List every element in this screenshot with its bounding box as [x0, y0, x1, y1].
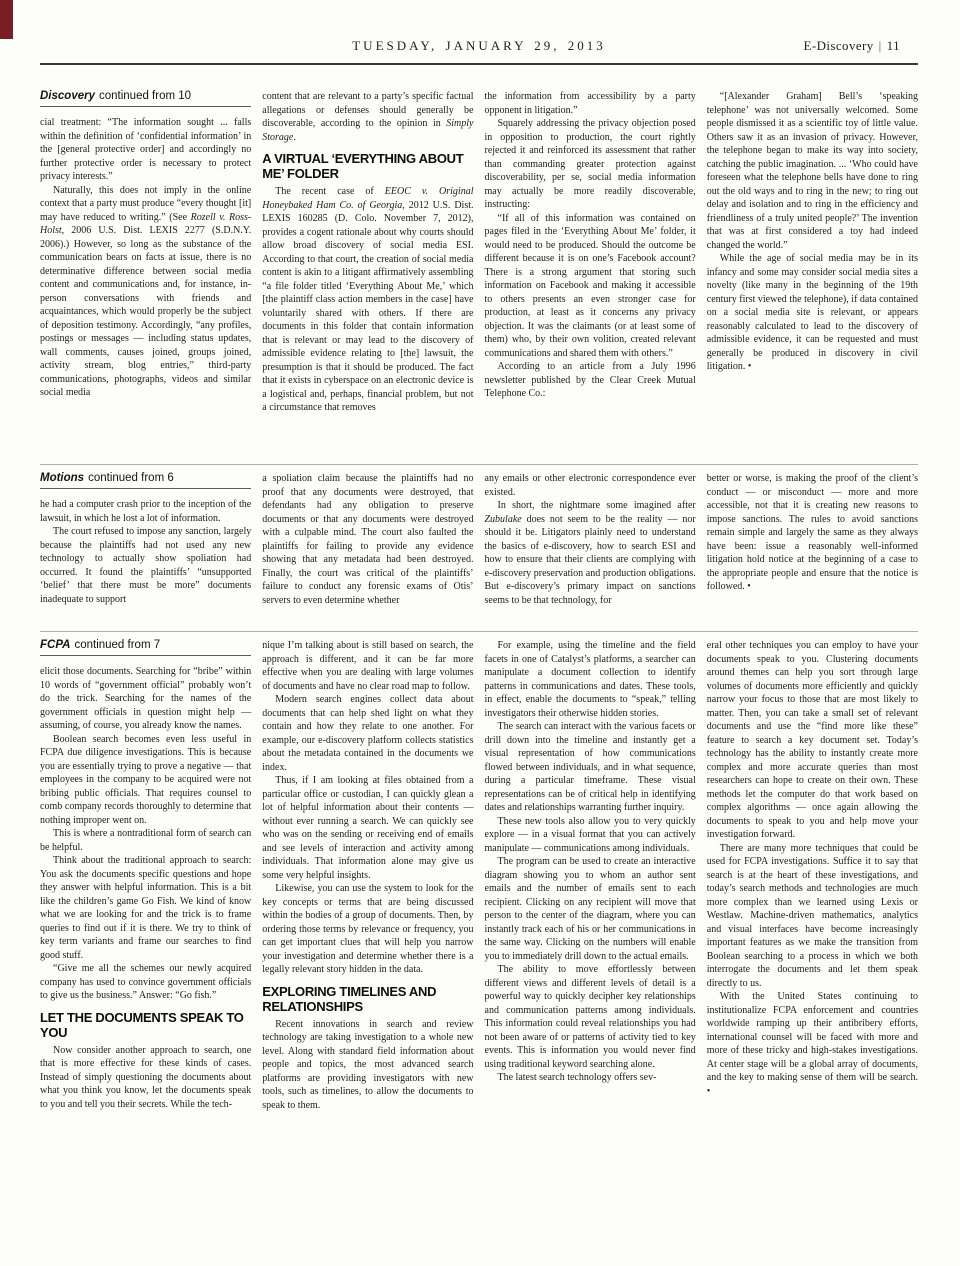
section-divider: [40, 631, 918, 632]
column-text: he had a computer crash prior to the inc…: [40, 498, 251, 606]
section-motions: Motionscontinued from 6 he had a compute…: [40, 472, 918, 631]
article-paragraph: nique I’m talking about is still based o…: [262, 639, 473, 693]
column-text: “[Alexander Graham] Bell’s ‘speaking tel…: [707, 90, 918, 374]
kicker-rest: continued from 6: [88, 472, 174, 484]
article-paragraph: This is where a nontraditional form of s…: [40, 827, 251, 854]
kicker-rest: continued from 10: [99, 90, 191, 102]
kicker-title: FCPA: [40, 639, 70, 651]
column-2: a spoliation claim because the plaintiff…: [262, 472, 473, 631]
publication-name: E-Discovery: [804, 38, 874, 53]
article-paragraph: There are many more techniques that coul…: [707, 842, 918, 991]
article-subhead: LET THE DOCUMENTS SPEAK TO YOU: [40, 1010, 251, 1040]
kicker-title: Motions: [40, 472, 84, 484]
column-4: “[Alexander Graham] Bell’s ‘speaking tel…: [707, 90, 918, 464]
article-paragraph: eral other techniques you can employ to …: [707, 639, 918, 842]
column-text: content that are relevant to a party’s s…: [262, 90, 473, 415]
article-paragraph: Squarely addressing the privacy objectio…: [485, 117, 696, 212]
column-2: content that are relevant to a party’s s…: [262, 90, 473, 464]
article-paragraph: any emails or other electronic correspon…: [485, 472, 696, 499]
article-paragraph: The court refused to impose any sanction…: [40, 525, 251, 606]
column-3: For example, using the timeline and the …: [485, 639, 696, 1239]
column-2: nique I’m talking about is still based o…: [262, 639, 473, 1239]
column-3: the information from accessibility by a …: [485, 90, 696, 464]
column-4: eral other techniques you can employ to …: [707, 639, 918, 1239]
article-subhead: A VIRTUAL ‘EVERYTHING ABOUT ME’ FOLDER: [262, 151, 473, 181]
article-paragraph: “If all of this information was containe…: [485, 212, 696, 361]
article-paragraph: Boolean search becomes even less useful …: [40, 733, 251, 828]
column-text: the information from accessibility by a …: [485, 90, 696, 401]
article-paragraph: Modern search engines collect data about…: [262, 693, 473, 774]
section-kicker: FCPAcontinued from 7: [40, 639, 251, 656]
section-discovery: Discoverycontinued from 10 cial treatmen…: [40, 90, 918, 464]
article-paragraph: These new tools also allow you to very q…: [485, 815, 696, 856]
section-fcpa: FCPAcontinued from 7 elicit those docume…: [40, 639, 918, 1239]
column-text: any emails or other electronic correspon…: [485, 472, 696, 607]
article-paragraph: Thus, if I am looking at files obtained …: [262, 774, 473, 882]
article-paragraph: the information from accessibility by a …: [485, 90, 696, 117]
column-3: any emails or other electronic correspon…: [485, 472, 696, 631]
column-text: a spoliation claim because the plaintiff…: [262, 472, 473, 607]
article-paragraph: The recent case of EEOC v. Original Hone…: [262, 185, 473, 415]
newspaper-page: TUESDAY, JANUARY 29, 2013 E-Discovery|11…: [0, 0, 960, 1239]
article-paragraph: content that are relevant to a party’s s…: [262, 90, 473, 144]
column-1: FCPAcontinued from 7 elicit those docume…: [40, 639, 251, 1239]
article-paragraph: In short, the nightmare some imagined af…: [485, 499, 696, 607]
page-header: TUESDAY, JANUARY 29, 2013 E-Discovery|11: [40, 38, 918, 56]
column-1: Motionscontinued from 6 he had a compute…: [40, 472, 251, 631]
article-paragraph: The program can be used to create an int…: [485, 855, 696, 963]
article-paragraph: For example, using the timeline and the …: [485, 639, 696, 720]
article-paragraph: elicit those documents. Searching for “b…: [40, 665, 251, 733]
article-paragraph: “Give me all the schemes our newly acqui…: [40, 962, 251, 1003]
column-text: better or worse, is making the proof of …: [707, 472, 918, 594]
page-number: 11: [887, 38, 900, 53]
article-paragraph: Think about the traditional approach to …: [40, 854, 251, 962]
article-paragraph: Likewise, you can use the system to look…: [262, 882, 473, 977]
article-paragraph: The latest search technology offers sev-: [485, 1071, 696, 1085]
kicker-title: Discovery: [40, 90, 95, 102]
article-paragraph: Now consider another approach to search,…: [40, 1044, 251, 1112]
header-date: TUESDAY, JANUARY 29, 2013: [40, 38, 918, 54]
header-publication-info: E-Discovery|11: [804, 38, 900, 54]
corner-mark: [0, 0, 13, 39]
column-text: cial treatment: “The information sought …: [40, 116, 251, 400]
column-1: Discoverycontinued from 10 cial treatmen…: [40, 90, 251, 464]
article-paragraph: Recent innovations in search and review …: [262, 1018, 473, 1113]
article-paragraph: With the United States continuing to ins…: [707, 990, 918, 1098]
column-4: better or worse, is making the proof of …: [707, 472, 918, 631]
article-paragraph: The search can interact with the various…: [485, 720, 696, 815]
section-kicker: Discoverycontinued from 10: [40, 90, 251, 107]
article-paragraph: The ability to move effortlessly between…: [485, 963, 696, 1071]
section-kicker: Motionscontinued from 6: [40, 472, 251, 489]
kicker-rest: continued from 7: [74, 639, 160, 651]
header-separator: |: [874, 38, 887, 53]
column-text: For example, using the timeline and the …: [485, 639, 696, 1085]
article-subhead: EXPLORING TIMELINES AND RELATIONSHIPS: [262, 984, 473, 1014]
article-paragraph: he had a computer crash prior to the inc…: [40, 498, 251, 525]
article-paragraph: a spoliation claim because the plaintiff…: [262, 472, 473, 607]
article-paragraph: Naturally, this does not imply in the on…: [40, 184, 251, 400]
article-paragraph: While the age of social media may be in …: [707, 252, 918, 374]
article-paragraph: better or worse, is making the proof of …: [707, 472, 918, 594]
article-paragraph: cial treatment: “The information sought …: [40, 116, 251, 184]
article-paragraph: “[Alexander Graham] Bell’s ‘speaking tel…: [707, 90, 918, 252]
article-paragraph: According to an article from a July 1996…: [485, 360, 696, 401]
column-text: nique I’m talking about is still based o…: [262, 639, 473, 1112]
column-text: elicit those documents. Searching for “b…: [40, 665, 251, 1111]
column-text: eral other techniques you can employ to …: [707, 639, 918, 1098]
header-rule: [40, 63, 918, 65]
section-divider: [40, 464, 918, 465]
